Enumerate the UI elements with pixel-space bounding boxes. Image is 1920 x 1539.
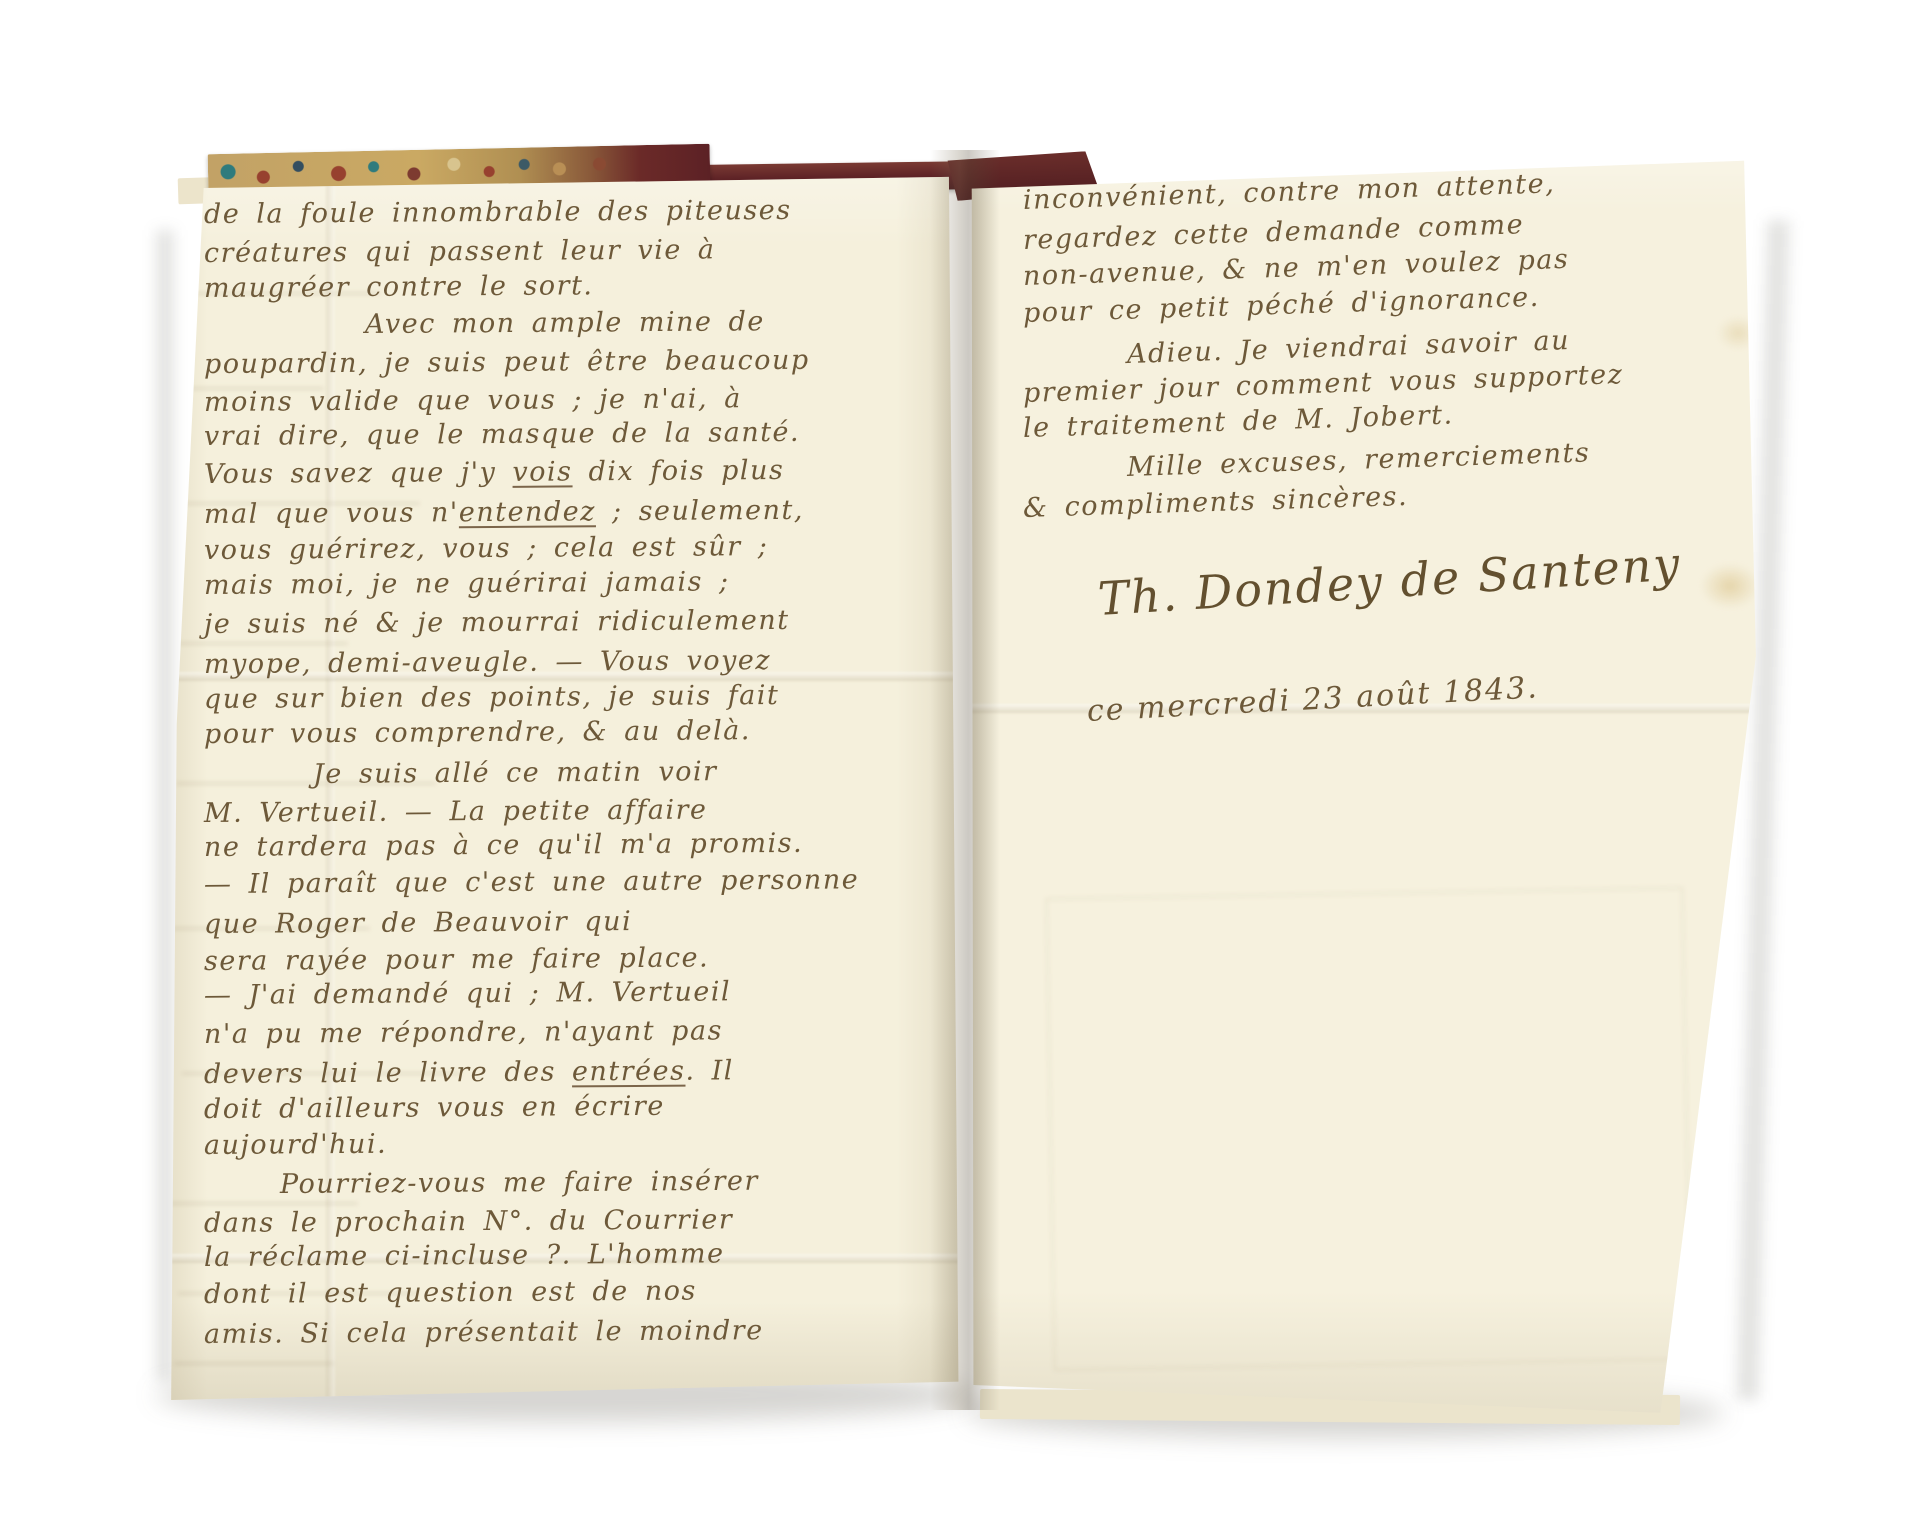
handwritten-line: & compliments sincères. (1022, 480, 1408, 526)
foxing-spot (1700, 563, 1760, 609)
handwritten-line: ne tardera pas à ce qu'il m'a promis. (204, 827, 803, 865)
handwritten-line: moins valide que vous ; je n'ai, à (204, 382, 742, 420)
handwritten-line: myope, demi-aveugle. — Vous voyez (204, 644, 771, 682)
photograph-of-manuscript-letter: de la foule innombrable des piteusescréa… (0, 0, 1920, 1539)
handwritten-line: M. Vertueil. — La petite affaire (204, 793, 708, 831)
dateline: ce mercredi 23 août 1843. (1086, 670, 1540, 729)
handwritten-line: Mille excuses, remerciements (1126, 436, 1590, 485)
ink-showthrough-line (168, 642, 348, 645)
handwritten-line: dont il est question est de nos (204, 1275, 697, 1312)
handwritten-line: que Roger de Beauvoir qui (204, 905, 632, 942)
page-shadow (156, 230, 174, 1380)
handwritten-line: aujourd'hui. (204, 1128, 387, 1163)
handwritten-line: n'a pu me répondre, n'ayant pas (204, 1014, 723, 1052)
foxing-spot (1717, 316, 1759, 350)
letter-page-left: de la foule innombrable des piteusescréa… (168, 172, 960, 1400)
handwritten-line: dans le prochain N°. du Courrier (204, 1203, 733, 1241)
handwritten-line: vrai dire, que le masque de la santé. (204, 416, 800, 454)
handwritten-line: que sur bien des points, je suis fait (204, 679, 780, 717)
ink-showthrough-line (168, 1202, 358, 1205)
handwritten-line: Avec mon ample mine de (365, 305, 765, 342)
handwritten-line: devers lui le livre des entrées. Il (204, 1054, 734, 1092)
handwritten-line: de la foule innombrable des piteuses (204, 194, 792, 232)
pencil-mark (1727, 967, 1744, 974)
book-gutter (930, 150, 1000, 1410)
handwritten-line: doit d'ailleurs vous en écrire (204, 1090, 665, 1127)
handwritten-line: mal que vous n'entendez ; seulement, (204, 494, 804, 532)
handwritten-line: amis. Si cela présentait le moindre (204, 1314, 764, 1352)
handwritten-line: Je suis allé ce matin voir (313, 755, 718, 792)
handwritten-line: — Il paraît que c'est une autre personne (204, 863, 859, 902)
handwritten-line: pour vous comprendre, & au delà. (204, 714, 751, 752)
handwritten-line: vous guérirez, vous ; cela est sûr ; (204, 530, 769, 568)
letter-page-right: inconvénient, contre mon attente,regarde… (965, 148, 1810, 1418)
handwritten-line: Vous savez que j'y vois dix fois plus (204, 454, 785, 492)
handwritten-line: mais moi, je ne guérirai jamais ; (204, 565, 730, 603)
handwritten-line: poupardin, je suis peut être beaucoup (204, 344, 810, 382)
handwritten-line: maugréer contre le sort. (204, 269, 594, 306)
handwritten-line: sera rayée pour me faire place. (204, 941, 709, 979)
handwritten-line: Pourriez-vous me faire insérer (280, 1165, 759, 1202)
showthrough-outline (1046, 887, 1691, 1370)
handwritten-line: créatures qui passent leur vie à (204, 233, 716, 271)
signature: Th. Dondey de Santeny (1096, 536, 1682, 626)
handwritten-line: je suis né & je mourrai ridiculement (204, 604, 790, 642)
ink-showthrough-line (174, 1362, 334, 1365)
handwritten-line: la réclame ci-incluse ?. L'homme (204, 1237, 725, 1275)
handwritten-line: — J'ai demandé qui ; M. Vertueil (204, 975, 731, 1013)
